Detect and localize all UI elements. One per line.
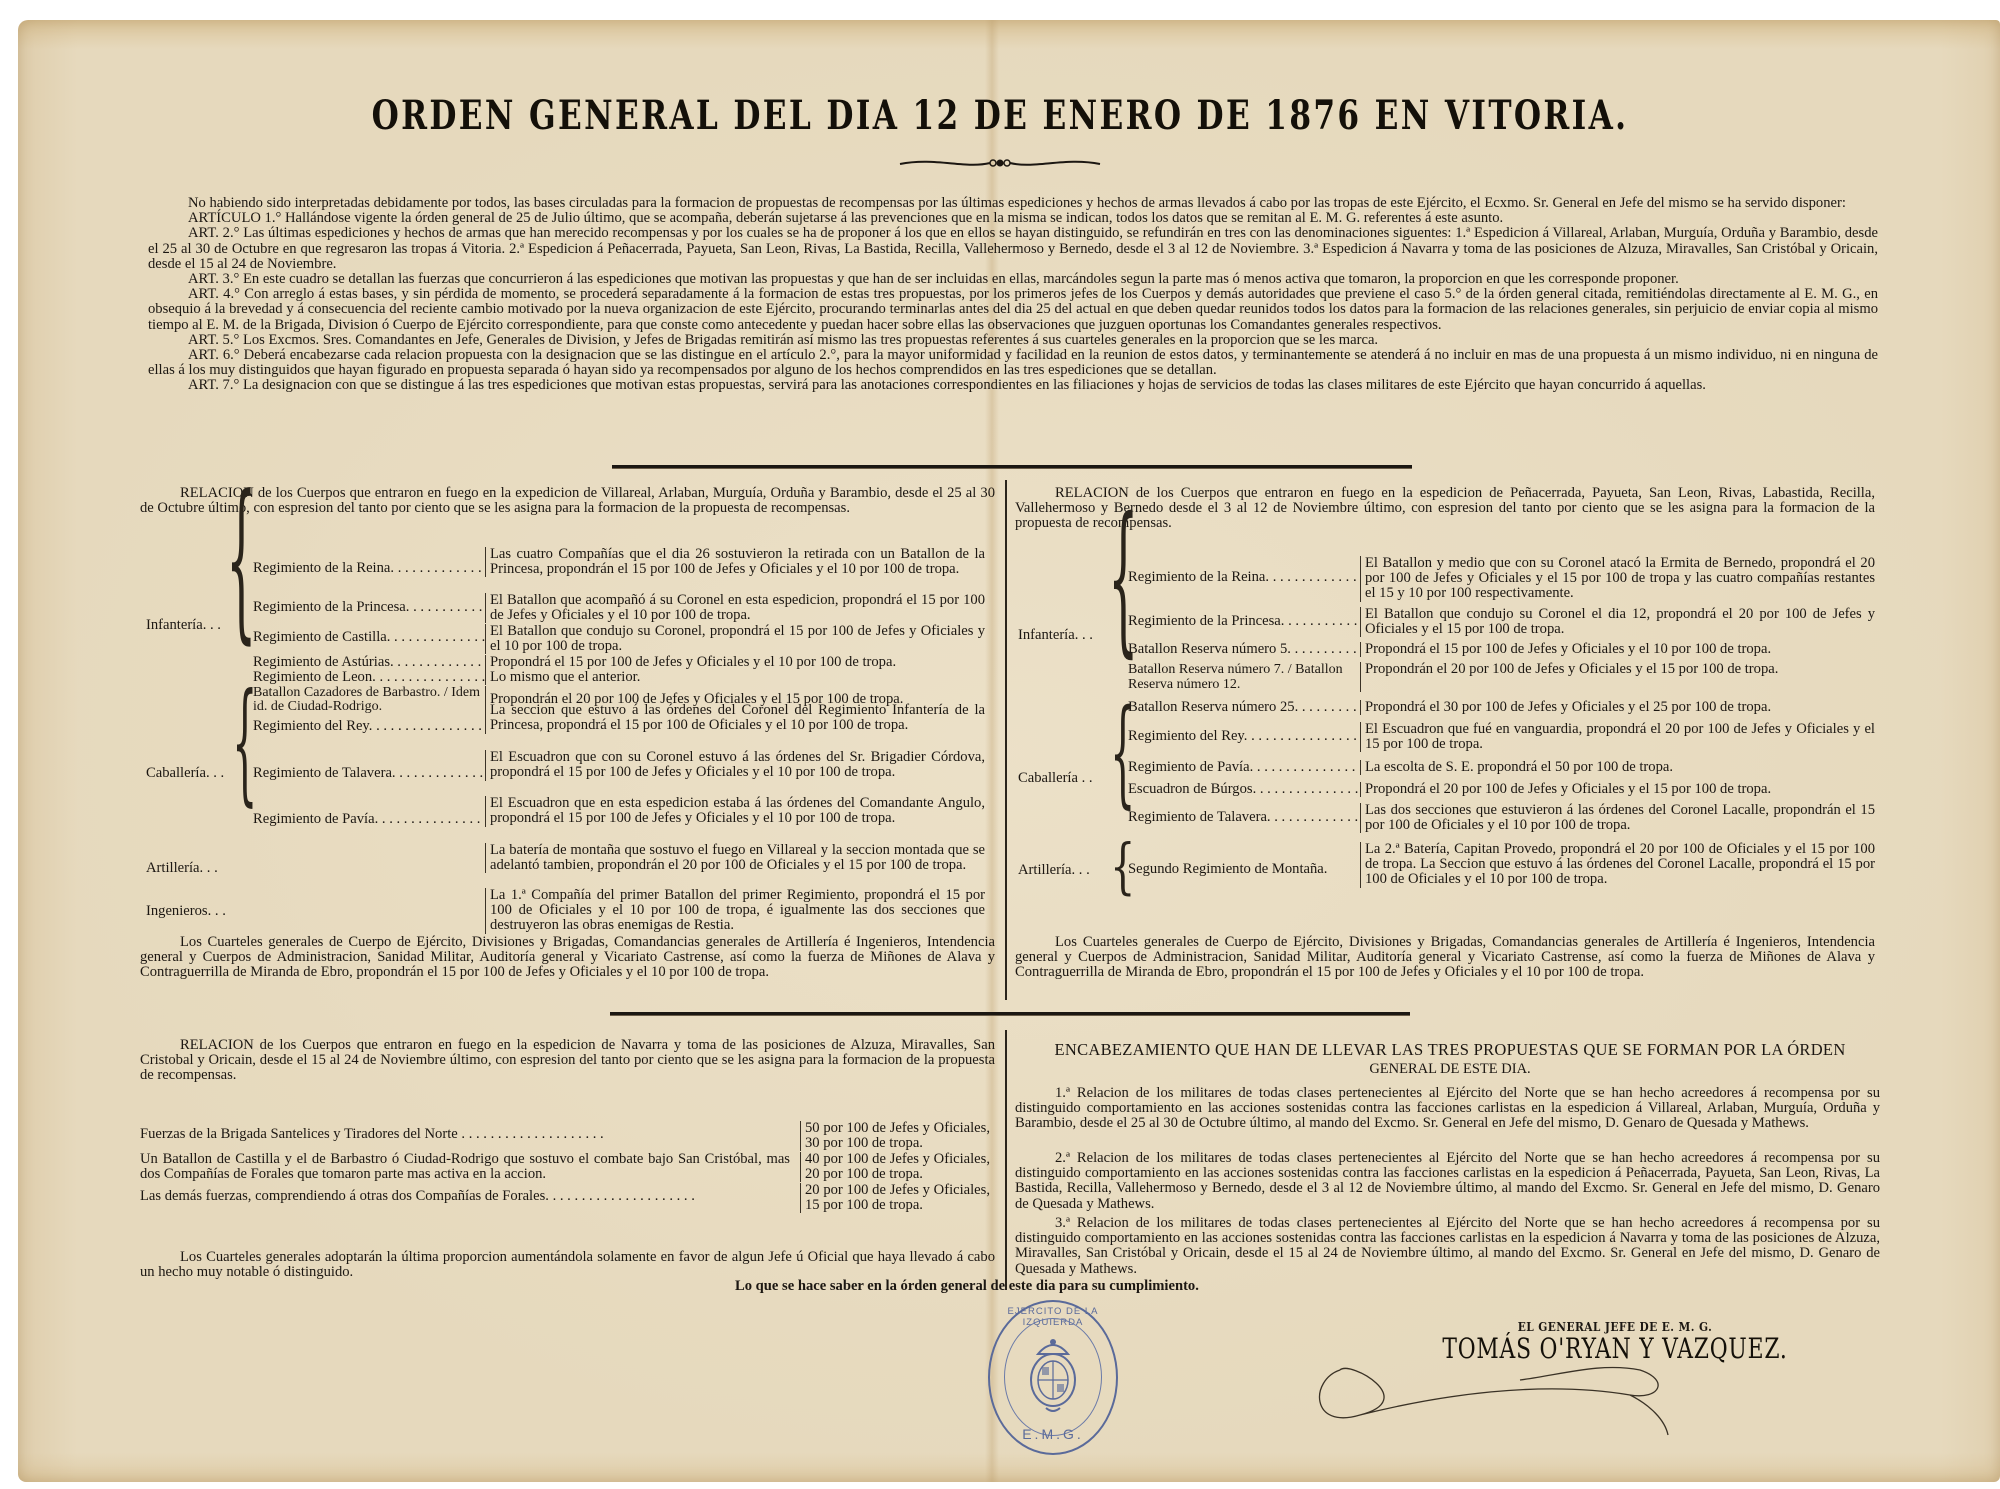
unit-name: Batallon Reserva número 25.	[1128, 700, 1360, 715]
table-row: Batallon Reserva número 5. Propondrá el …	[1128, 642, 1875, 657]
stamp-bottom-text: E.M.G.	[990, 1426, 1116, 1442]
article-7: ART. 7.° La designacion con que se disti…	[148, 378, 1878, 393]
heading-block-subtitle: GENERAL DE ESTE DIA.	[1015, 1061, 1885, 1078]
unit-allocation: 40 por 100 de Jefes y Oficiales, 20 por …	[800, 1152, 990, 1182]
table-row: Batallon Reserva número 25. Propondrá el…	[1128, 700, 1875, 715]
table-row: Regimiento de la Princesa. El Batallon q…	[1128, 607, 1875, 637]
table-row: Regimiento de Astúrias. Propondrá el 15 …	[253, 655, 985, 670]
table-row: Regimiento de Pavía. La escolta de S. E.…	[1128, 760, 1875, 775]
unit-allocation: La 2.ª Batería, Capitan Provedo, propond…	[1360, 842, 1875, 888]
article-3: ART. 3.° En este cuadro se detallan las …	[148, 272, 1878, 287]
unit-name: Escuadron de Búrgos.	[1128, 782, 1360, 797]
unit-allocation: Las dos secciones que estuvieron á las ó…	[1360, 803, 1875, 833]
article-label: ART. 7.°	[188, 377, 239, 393]
arm-label-artilleria: Artillería. . .	[1018, 862, 1090, 879]
unit-name: Batallon Reserva número 5.	[1128, 642, 1360, 657]
article-text: Deberá encabezarse cada relacion propues…	[148, 347, 1878, 378]
unit-allocation: 20 por 100 de Jefes y Oficiales, 15 por …	[800, 1183, 990, 1213]
article-label: ART. 4.°	[188, 286, 240, 302]
unit-name: Regimiento de Pavía.	[1128, 760, 1360, 775]
unit-allocation: El Escuadron que con su Coronel estuvo á…	[485, 750, 985, 781]
table-row: Regimiento de Pavía. El Escuadron que en…	[253, 796, 985, 827]
intro-section: No habiendo sido interpretadas debidamen…	[148, 196, 1878, 394]
unit-name: Segundo Regimiento de Montaña.	[1128, 842, 1360, 888]
table-row: Regimiento de Talavera. Las dos seccione…	[1128, 803, 1875, 833]
table-row: Regimiento de Castilla. El Batallon que …	[253, 624, 985, 654]
unit-name: Regimiento de la Princesa.	[253, 593, 485, 623]
unit-allocation: Propondrá el 15 por 100 de Jefes y Ofici…	[485, 655, 985, 670]
relation-3-footer: Los Cuarteles generales adoptarán la últ…	[140, 1250, 995, 1280]
table-row: Regimiento de Talavera. El Escuadron que…	[253, 750, 985, 781]
article-4: ART. 4.° Con arreglo á estas bases, y si…	[148, 287, 1878, 333]
article-text: La designacion con que se distingue á la…	[243, 377, 1706, 393]
table-row: Regimiento de la Reina. Las cuatro Compa…	[253, 547, 985, 577]
unit-name: Regimiento de Talavera.	[1128, 803, 1360, 833]
article-5: ART. 5.° Los Excmos. Sres. Comandantes e…	[148, 333, 1878, 348]
article-label: ART. 6.°	[188, 347, 240, 363]
brace-icon: {	[226, 460, 257, 676]
article-6: ART. 6.° Deberá encabezarse cada relacio…	[148, 348, 1878, 378]
unit-allocation: La escolta de S. E. propondrá el 50 por …	[1360, 760, 1875, 775]
closing-statement: Lo que se hace saber en la órden general…	[735, 1278, 1199, 1295]
unit-allocation: Lo mismo que el anterior.	[485, 670, 985, 685]
unit-name: Regimiento del Rey.	[253, 703, 485, 734]
article-2: ART. 2.° Las últimas espediciones y hech…	[148, 226, 1878, 272]
unit-allocation: 50 por 100 de Jefes y Oficiales, 30 por …	[800, 1121, 990, 1151]
unit-name: Batallon Reserva número 7. / Batallon Re…	[1128, 662, 1360, 692]
table-row: Regimiento del Rey. El Escuadron que fué…	[1128, 722, 1875, 752]
table-row: Escuadron de Búrgos. Propondrá el 20 por…	[1128, 782, 1875, 797]
arm-label-caballeria: Caballería. . .	[146, 765, 224, 782]
article-1: ARTÍCULO 1.° Hallándose vigente la órden…	[148, 211, 1878, 226]
relation-1-footer: Los Cuarteles generales de Cuerpo de Ejé…	[140, 935, 995, 981]
unit-name: Fuerzas de la Brigada Santelices y Tirad…	[140, 1121, 800, 1151]
column-divider-lower	[1005, 1030, 1007, 1290]
unit-allocation: La 1.ª Compañía del primer Batallon del …	[485, 888, 985, 934]
unit-allocation: La batería de montaña que sostuvo el fue…	[485, 843, 985, 873]
article-text: Hallándose vigente la órden general de 2…	[285, 210, 1503, 226]
heading-block-title: ENCABEZAMIENTO QUE HAN DE LLEVAR LAS TRE…	[1015, 1040, 1885, 1060]
table-row: Fuerzas de la Brigada Santelices y Tirad…	[140, 1121, 990, 1151]
unit-allocation: El Escuadron que en esta espedicion esta…	[485, 796, 985, 827]
relation-2-footer: Los Cuarteles generales de Cuerpo de Ejé…	[1015, 935, 1875, 981]
article-text: Las últimas espediciones y hechos de arm…	[148, 225, 1878, 271]
article-label: ARTÍCULO 1.°	[188, 210, 281, 226]
table-row: Regimiento de la Princesa. El Batallon q…	[253, 593, 985, 623]
unit-name: Regimiento de la Reina.	[253, 547, 485, 577]
unit-name: Regimiento del Rey.	[1128, 722, 1360, 752]
unit-allocation: El Batallon y medio que con su Coronel a…	[1360, 556, 1875, 602]
coat-of-arms-icon	[1026, 1332, 1080, 1414]
heading-item-2: 2.ª Relacion de los militares de todas c…	[1015, 1151, 1880, 1212]
arm-label-caballeria: Caballería . .	[1018, 770, 1093, 787]
table-row: Regimiento de Leon. Lo mismo que el ante…	[253, 670, 985, 685]
table-row: Batallon Reserva número 7. / Batallon Re…	[1128, 662, 1875, 692]
divider-middle	[610, 1012, 1410, 1016]
official-stamp: EJERCITO DE LA IZQUIERDA E.M.G.	[988, 1300, 1118, 1455]
article-label: ART. 5.°	[188, 332, 239, 348]
article-label: ART. 3.°	[188, 271, 239, 287]
unit-name: Regimiento de Talavera.	[253, 750, 485, 781]
article-label: ART. 2.°	[188, 225, 239, 241]
unit-allocation: Propondrá el 15 por 100 de Jefes y Ofici…	[1360, 642, 1875, 657]
title-ornament-icon	[895, 155, 1105, 171]
heading-item-3: 3.ª Relacion de los militares de todas c…	[1015, 1216, 1880, 1277]
article-text: Con arreglo á estas bases, y sin pérdida…	[148, 286, 1878, 332]
heading-item-1: 1.ª Relacion de los militares de todas c…	[1015, 1086, 1880, 1132]
relation-1-heading: RELACION de los Cuerpos que entraron en …	[140, 486, 995, 516]
unit-allocation: Las cuatro Compañías que el dia 26 sostu…	[485, 547, 985, 577]
table-row: Un Batallon de Castilla y el de Barbastr…	[140, 1152, 990, 1182]
article-text: Los Excmos. Sres. Comandantes en Jefe, G…	[243, 332, 1378, 348]
divider-top	[612, 465, 1412, 469]
arm-label-artilleria: Artillería. . .	[146, 860, 218, 877]
relation-2-heading: RELACION de los Cuerpos que entraron en …	[1015, 486, 1875, 532]
table-row: Las demás fuerzas, comprendiendo á otras…	[140, 1183, 990, 1213]
intro-preamble: No habiendo sido interpretadas debidamen…	[148, 196, 1878, 211]
unit-allocation: Propondrá el 30 por 100 de Jefes y Ofici…	[1360, 700, 1875, 715]
table-row: La 1.ª Compañía del primer Batallon del …	[485, 888, 985, 934]
unit-allocation: El Escuadron que fué en vanguardia, prop…	[1360, 722, 1875, 752]
table-row: Regimiento de la Reina. El Batallon y me…	[1128, 556, 1875, 602]
unit-name: Regimiento de la Princesa.	[1128, 607, 1360, 637]
unit-name: Regimiento de Leon.	[253, 670, 485, 685]
unit-allocation: El Batallon que condujo su Coronel, prop…	[485, 624, 985, 654]
unit-allocation: Propondrá el 20 por 100 de Jefes y Ofici…	[1360, 782, 1875, 797]
column-divider-upper	[1005, 480, 1007, 1000]
unit-allocation: Propondrán el 20 por 100 de Jefes y Ofic…	[1360, 662, 1875, 692]
unit-name: Las demás fuerzas, comprendiendo á otras…	[140, 1183, 800, 1213]
table-row: La batería de montaña que sostuvo el fue…	[485, 843, 985, 873]
document-title: ORDEN GENERAL DEL DIA 12 DE ENERO DE 187…	[220, 92, 1780, 139]
unit-name: Regimiento de Castilla.	[253, 624, 485, 654]
unit-allocation: El Batallon que acompañó á su Coronel en…	[485, 593, 985, 623]
table-row: Segundo Regimiento de Montaña. La 2.ª Ba…	[1128, 842, 1875, 888]
arm-label-ingenieros: Ingenieros. . .	[146, 903, 226, 920]
unit-allocation: La seccion que estuvo á las órdenes del …	[485, 703, 985, 734]
unit-name: Regimiento de Pavía.	[253, 796, 485, 827]
unit-name: Regimiento de Astúrias.	[253, 655, 485, 670]
unit-name: Regimiento de la Reina.	[1128, 556, 1360, 602]
unit-allocation: El Batallon que condujo su Coronel el di…	[1360, 607, 1875, 637]
article-text: En este cuadro se detallan las fuerzas q…	[243, 271, 1679, 287]
relation-3-heading: RELACION de los Cuerpos que entraron en …	[140, 1038, 995, 1084]
signature-flourish-icon	[1300, 1340, 1700, 1450]
unit-name: Un Batallon de Castilla y el de Barbastr…	[140, 1152, 800, 1182]
table-row: Regimiento del Rey. La seccion que estuv…	[253, 703, 985, 734]
arm-label-infanteria: Infantería. . .	[146, 617, 221, 634]
arm-label-infanteria: Infantería. . .	[1018, 627, 1093, 644]
